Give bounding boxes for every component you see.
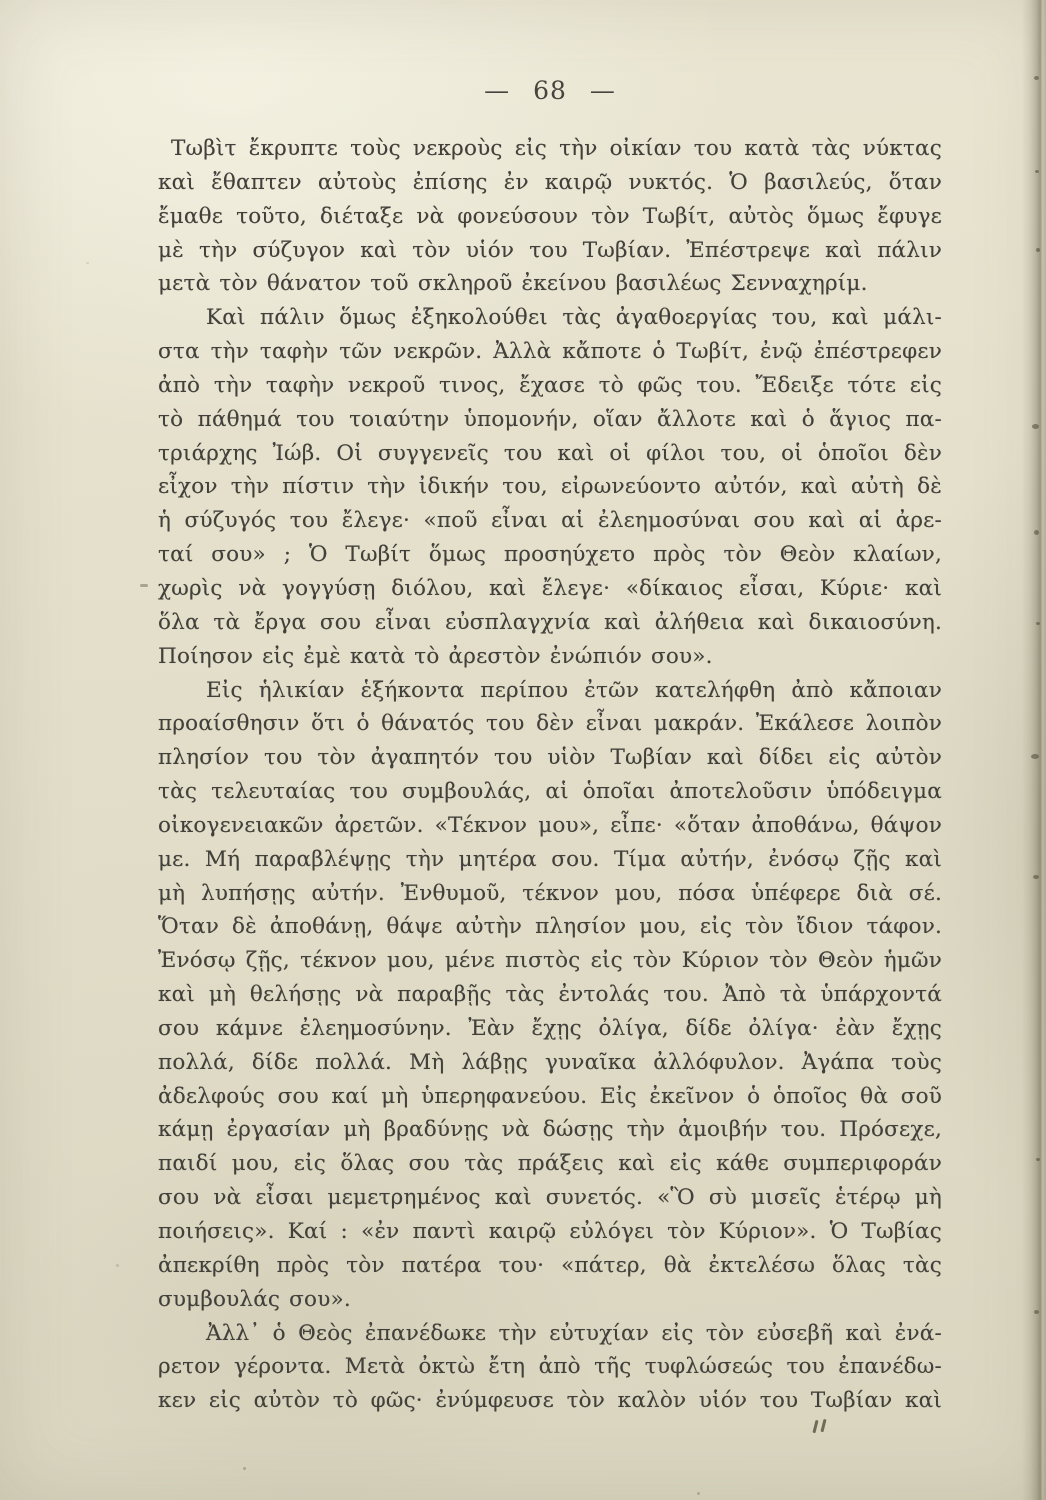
paper-speck [1032,424,1039,429]
paragraph: Καὶ πάλιν ὅμως ἐξηκολούθει τὰς ἀγαθοεργί… [158,301,942,673]
paragraph: Τωβὶτ ἔκρυπτε τοὺς νεκροὺς εἰς τὴν οἰκία… [158,132,942,301]
paper-speck [86,262,89,264]
paper-speck [1035,170,1039,173]
text-line: ἔμαθε τοῦτο, διέταξε νὰ φονεύσουν τὸν Τω… [158,200,942,234]
text-line: συμβουλάς σου». [158,1283,942,1317]
text-line: κεν εἰς αὐτὸν τὸ φῶς· ἐνύμφευσε τὸν καλὸ… [158,1384,942,1418]
paragraph: Εἰς ἡλικίαν ἑξήκοντα περίπου ἐτῶν κατελή… [158,674,942,1317]
text-line: ἡ σύζυγός του ἔλεγε· «ποῦ εἶναι αἱ ἐλεημ… [158,504,942,538]
paper-speck [1031,754,1039,759]
text-line: Ποίησον εἰς ἐμὲ κατὰ τὸ ἀρεστὸν ἐνώπιόν … [158,640,942,674]
text-line: πλησίον του τὸν ἀγαπητόν του υἱὸν Τωβίαν… [158,741,942,775]
page-edge-shadow [1022,0,1046,1500]
text-line: ἀπεκρίθη πρὸς τὸν πατέρα του· «πάτερ, θὰ… [158,1249,942,1283]
text-line: μὲ τὴν σύζυγον καὶ τὸν υἱόν του Τωβίαν. … [158,234,942,268]
text-line: παιδί μου, εἰς ὅλας σου τὰς πράξεις καὶ … [158,1147,942,1181]
text-line: ἀδελφούς σου καί μὴ ὑπερηφανεύου. Εἰς ἐκ… [158,1080,942,1114]
text-line: με. Μή παραβλέψῃς τὴν μητέρα σου. Τίμα α… [158,843,942,877]
text-line: τριάρχης Ἰώβ. Οἱ συγγενεῖς του καὶ οἱ φί… [158,437,942,471]
text-line: οἰκογενειακῶν ἀρετῶν. «Τέκνον μου», εἶπε… [158,809,942,843]
text-line: ρετον γέροντα. Μετὰ ὀκτὼ ἔτη ἀπὸ τῆς τυφ… [158,1350,942,1384]
text-line: ὅλα τὰ ἔργα σου εἶναι εὐσπλαγχνία καὶ ἀλ… [158,606,942,640]
paper-speck [1036,248,1040,252]
paper-speck [1033,875,1039,879]
text-line: μὴ λυπήσῃς αὐτήν. Ἐνθυμοῦ, τέκνον μου, π… [158,877,942,911]
text-line: ποιήσεις». Καί : «ἐν παντὶ καιρῷ εὐλόγει… [158,1215,942,1249]
page-number: — 68 — [158,76,942,105]
text-line: κάμῃ ἐργασίαν μὴ βραδύνῃς νὰ δώσῃς τὴν ἀ… [158,1113,942,1147]
text-line: ἀπὸ τὴν ταφὴν νεκροῦ τινος, ἔχασε τὸ φῶς… [158,369,942,403]
paper-speck [1034,530,1039,535]
paper-speck [697,1492,700,1495]
scanned-book-page: — 68 — Τωβὶτ ἔκρυπτε τοὺς νεκροὺς εἰς τὴ… [0,0,1046,1500]
text-line: χωρὶς νὰ γογγύσῃ διόλου, καὶ ἔλεγε· «δίκ… [158,572,942,606]
paper-speck [116,1264,119,1267]
text-line: καὶ ἔθαπτεν αὐτοὺς ἐπίσης ἐν καιρῷ νυκτό… [158,166,942,200]
text-line: τὸ πάθημά του τοιαύτην ὑπομονήν, οἵαν ἄλ… [158,403,942,437]
page-text: Τωβὶτ ἔκρυπτε τοὺς νεκροὺς εἰς τὴν οἰκία… [158,132,942,1418]
text-line: καὶ μὴ θελήσῃς νὰ παραβῇς τὰς ἐντολάς το… [158,978,942,1012]
text-line: ταί σου» ; Ὁ Τωβίτ ὅμως προσηύχετο πρὸς … [158,538,942,572]
stray-ink-mark [814,1420,828,1436]
text-line: μετὰ τὸν θάνατον τοῦ σκληροῦ ἐκείνου βασ… [158,267,942,301]
paper-speck [1034,1310,1039,1314]
text-line: τὰς τελευταίας του συμβουλάς, αἱ ὁποῖαι … [158,775,942,809]
paragraph: Ἀλλ᾽ ὁ Θεὸς ἐπανέδωκε τὴν εὐτυχίαν εἰς τ… [158,1317,942,1419]
text-line: πολλά, δίδε πολλά. Μὴ λάβῃς γυναῖκα ἀλλό… [158,1046,942,1080]
paper-blemish [140,584,148,587]
text-line: εἶχον τὴν πίστιν τὴν ἰδικήν του, εἰρωνεύ… [158,470,942,504]
text-line: Ἐνόσῳ ζῇς, τέκνον μου, μένε πιστὸς εἰς τ… [158,944,942,978]
paper-speck [1036,622,1040,625]
text-line: σου κάμνε ἐλεημοσύνην. Ἐὰν ἔχῃς ὀλίγα, δ… [158,1012,942,1046]
text-line: Ὅταν δὲ ἀποθάνῃ, θάψε αὐτὴν πλησίον μου,… [158,910,942,944]
text-line: Τωβὶτ ἔκρυπτε τοὺς νεκροὺς εἰς τὴν οἰκία… [158,132,942,166]
text-line: προαίσθησιν ὅτι ὁ θάνατός του δὲν εἶναι … [158,707,942,741]
text-line: σου νὰ εἶσαι μεμετρημένος καὶ συνετός. «… [158,1181,942,1215]
paper-speck [243,1467,246,1470]
text-line: Ἀλλ᾽ ὁ Θεὸς ἐπανέδωκε τὴν εὐτυχίαν εἰς τ… [158,1317,942,1351]
text-line: Καὶ πάλιν ὅμως ἐξηκολούθει τὰς ἀγαθοεργί… [158,301,942,335]
text-line: Εἰς ἡλικίαν ἑξήκοντα περίπου ἐτῶν κατελή… [158,674,942,708]
paper-speck [1034,76,1039,80]
paper-speck [1036,1158,1040,1161]
text-line: στα τὴν ταφὴν τῶν νεκρῶν. Ἀλλὰ κἄποτε ὁ … [158,335,942,369]
